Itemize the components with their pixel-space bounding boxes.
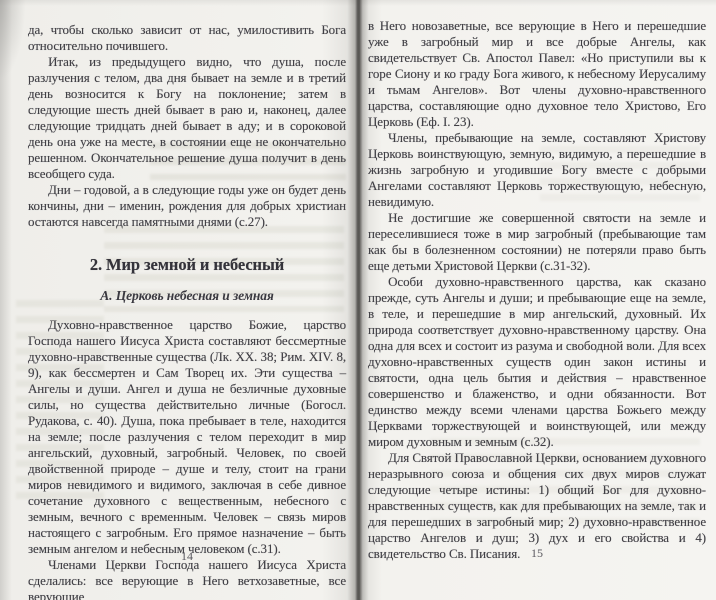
paragraph: Особи духовно-нравственного царства, как… bbox=[368, 274, 706, 450]
scan-edge-left bbox=[0, 0, 14, 600]
book-scan: да, чтобы сколько зависит от нас, умилос… bbox=[0, 0, 716, 600]
paragraph: Итак, из предыдущего видно, что душа, по… bbox=[28, 54, 346, 182]
paragraph: Дни – годовой, а в следующие годы уже он… bbox=[28, 182, 346, 230]
scan-corner-shadow bbox=[0, 0, 26, 80]
paragraph: Не достигшие же совершенной святости на … bbox=[368, 210, 706, 274]
page-number-right: 15 bbox=[368, 546, 706, 561]
paragraph: Духовно-нравственное царство Божие, царс… bbox=[28, 317, 346, 557]
paragraph: да, чтобы сколько зависит от нас, умилос… bbox=[28, 22, 346, 54]
chapter-heading: 2. Мир земной и небесный bbox=[28, 257, 346, 273]
paragraph: в Него новозаветные, все верующие в Него… bbox=[368, 18, 706, 130]
paragraph: Члены, пребывающие на земле, составляют … bbox=[368, 130, 706, 210]
page-left: да, чтобы сколько зависит от нас, умилос… bbox=[28, 22, 346, 600]
page-right: в Него новозаветные, все верующие в Него… bbox=[368, 18, 706, 562]
page-number-left: 14 bbox=[28, 549, 346, 564]
section-subheading: А. Церковь небесная и земная bbox=[28, 288, 346, 304]
